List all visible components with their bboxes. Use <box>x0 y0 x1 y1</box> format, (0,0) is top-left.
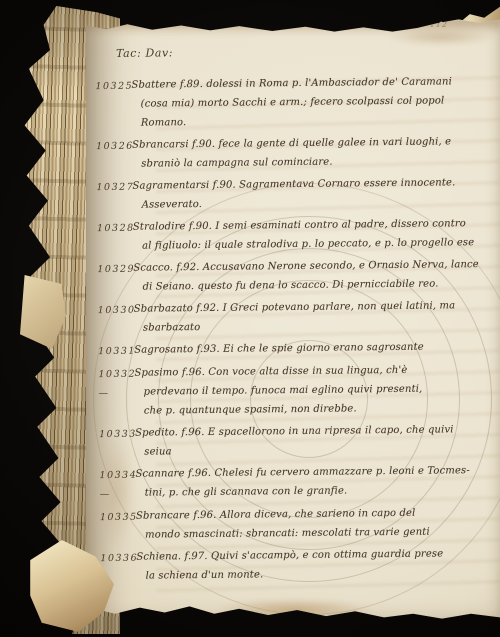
entry-text: Scannare f.96. Chelesi fu cervero ammazz… <box>135 461 496 504</box>
entry-number: 10331 <box>98 341 134 361</box>
entry-line: la schiena d'un monte. <box>136 563 497 586</box>
entry-text: Schiena. f.97. Quivi s'accampò, e con ot… <box>136 544 497 586</box>
entry-number: 10334 — <box>99 465 135 504</box>
entry-text: Sbattere f.89. dolessi in Roma p. l'Amba… <box>131 72 493 133</box>
manuscript-page: Tac: Dav: 112 10325 Sbattere f.89. doles… <box>86 12 500 626</box>
entry-number: 10333 <box>99 424 135 462</box>
entry-number: 10328 <box>97 218 133 256</box>
glossary-entry: 10330 Sbarbazato f.92. I Greci potevano … <box>98 296 495 338</box>
entry-text: Scacco. f.92. Accusavano Nerone secondo,… <box>133 255 494 297</box>
entry-line: Sbarbazato f.92. I Greci potevano parlar… <box>134 296 495 319</box>
entry-text: Sagramentarsi f.90. Sagramentava Cornaro… <box>132 173 493 215</box>
entry-text: Spasimo f.96. Con voce alta disse in sua… <box>134 360 496 421</box>
entry-number: 10325 <box>95 76 132 133</box>
page-header-row: Tac: Dav: <box>116 38 490 61</box>
entry-text: Sbrancarsi f.90. fece la gente di quelle… <box>132 132 493 174</box>
glossary-entry: 10329 Scacco. f.92. Accusavano Nerone se… <box>97 255 494 297</box>
entry-line: Scacco. f.92. Accusavano Nerone secondo,… <box>133 255 494 278</box>
entry-line: Schiena. f.97. Quivi s'accampò, e con ot… <box>136 544 497 567</box>
entry-line: Asseverato. <box>133 192 494 215</box>
entry-line: al figliuolo: il quale stralodiva p. lo … <box>133 233 494 256</box>
entry-line: Romano. <box>132 110 493 133</box>
entry-line: Sagrosanto f.93. Ei che le spie giorno e… <box>134 337 495 360</box>
entry-line: Sagramentarsi f.90. Sagramentava Cornaro… <box>132 173 493 196</box>
glossary-entry: 10325 Sbattere f.89. dolessi in Roma p. … <box>95 72 493 133</box>
entry-number: 10329 <box>97 259 133 297</box>
glossary-entry: 10326 Sbrancarsi f.90. fece la gente di … <box>96 132 493 174</box>
entry-number: 10332 — <box>98 364 135 421</box>
entry-line: di Seiano. questo fu dena lo scacco. Di … <box>133 274 494 297</box>
entry-text: Stralodire f.90. I semi esaminati contro… <box>133 214 494 256</box>
glossary-entry: 10336 Schiena. f.97. Quivi s'accampò, e … <box>100 544 497 586</box>
entry-line: tini, p. che gli scannava con le granfie… <box>136 480 497 503</box>
entry-number: 10327 <box>96 177 132 215</box>
entry-line: (cosa mia) morto Sacchi e arm.; fecero s… <box>132 91 493 114</box>
entry-text: Spedito. f.96. E spacellorono in una rip… <box>135 420 496 462</box>
glossary-entries: 10325 Sbattere f.89. dolessi in Roma p. … <box>95 72 497 589</box>
entry-line: sbarbazato <box>134 315 495 338</box>
entry-text: Sbarbazato f.92. I Greci potevano parlar… <box>134 296 495 338</box>
glossary-entry: 10327 Sagramentarsi f.90. Sagramentava C… <box>96 173 493 215</box>
entry-text: Sbrancare f.96. Allora diceva, che sarie… <box>136 503 497 545</box>
entry-number: 10326 <box>96 136 132 174</box>
glossary-entry: 10333 Spedito. f.96. E spacellorono in u… <box>99 420 496 462</box>
entry-line: Sbrancarsi f.90. fece la gente di quelle… <box>132 132 493 155</box>
entry-line: mondo smascinati: sbrancati: mescolati t… <box>136 522 497 545</box>
glossary-entry: 10332 — Spasimo f.96. Con voce alta diss… <box>98 360 496 421</box>
entry-line: seiua <box>135 439 496 462</box>
glossary-entry: 10328 Stralodire f.90. I semi esaminati … <box>97 214 494 256</box>
entry-number: 10335 <box>100 507 136 545</box>
entry-line: Spedito. f.96. E spacellorono in una rip… <box>135 420 496 443</box>
glossary-entry: 10335 Sbrancare f.96. Allora diceva, che… <box>100 503 497 545</box>
folio-number: 112 <box>430 20 448 30</box>
entry-line: che p. quantunque spasimi, non direbbe. <box>135 398 496 421</box>
page-title: Tac: Dav: <box>116 46 173 60</box>
entry-text: Sagrosanto f.93. Ei che le spie giorno e… <box>134 337 495 361</box>
manuscript-photograph: Tac: Dav: 112 10325 Sbattere f.89. doles… <box>0 0 500 637</box>
glossary-entry: 10334 — Scannare f.96. Chelesi fu cerver… <box>99 461 496 504</box>
entry-number: 10330 <box>98 300 134 338</box>
glossary-entry: 10331 Sagrosanto f.93. Ei che le spie gi… <box>98 337 495 361</box>
entry-line: sbraniò la campagna sul cominciare. <box>132 151 493 174</box>
entry-line: Scannare f.96. Chelesi fu cervero ammazz… <box>135 461 496 484</box>
worn-bottom-patch <box>214 598 374 622</box>
